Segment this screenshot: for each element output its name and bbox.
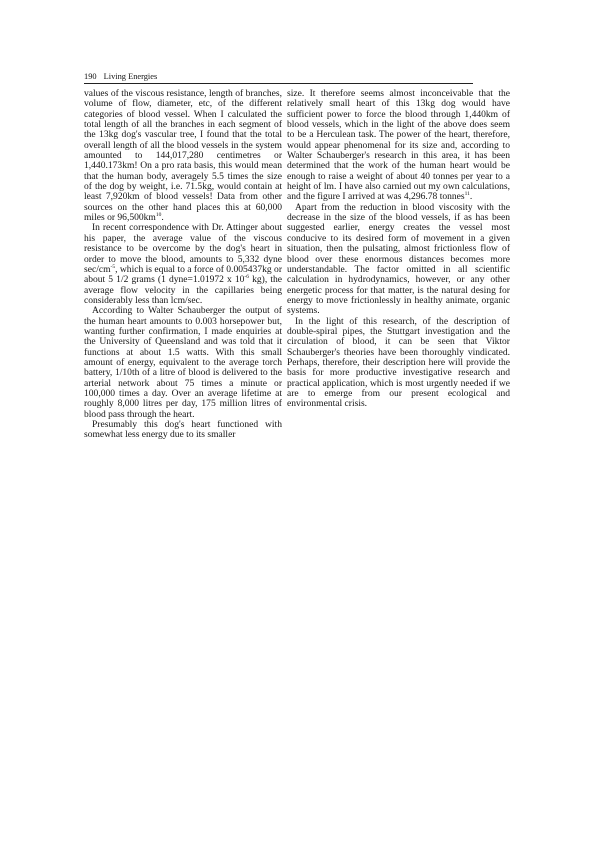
paragraph-dog-heart: Presumably this dog's heart functioned w… [84, 420, 282, 441]
page-number: 190 [84, 72, 97, 81]
document-page: 190 Living Energies values of the viscou… [0, 0, 595, 842]
paragraph-vessel-length: values of the viscous resistance, length… [84, 89, 282, 223]
right-column: size. It therefore seems almost inconcei… [287, 89, 510, 410]
paragraph-heart-power: size. It therefore seems almost inconcei… [287, 89, 510, 203]
paragraph-text: values of the viscous resistance, length… [84, 88, 282, 223]
paragraph-attinger: In recent correspondence with Dr. Atting… [84, 223, 282, 306]
left-column: values of the viscous resistance, length… [84, 89, 282, 441]
paragraph-viscosity: Apart from the reduction in blood viscos… [287, 203, 510, 317]
paragraph-conclusion: In the light of this research, of the de… [287, 317, 510, 410]
paragraph-text: . [161, 212, 163, 223]
paragraph-text: size. It therefore seems almost inconcei… [287, 88, 510, 202]
paragraph-text: . [470, 191, 472, 202]
running-title: Living Energies [104, 72, 158, 81]
running-header: 190 Living Energies [84, 72, 473, 84]
paragraph-heart-output: According to Walter Schauberger the outp… [84, 306, 282, 420]
